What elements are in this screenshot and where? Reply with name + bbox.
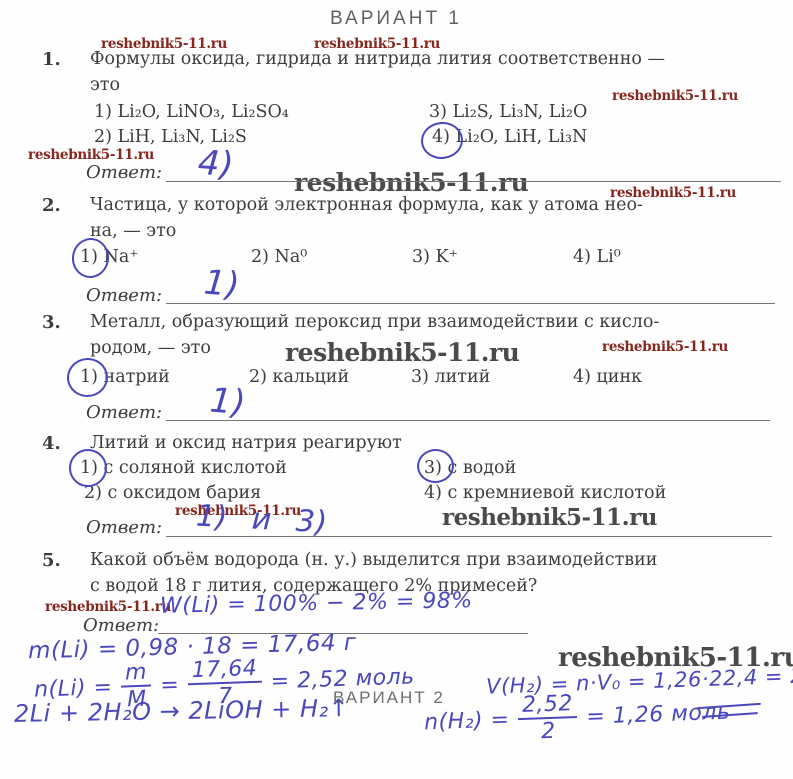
watermark: reshebnik5-11.ru: [285, 338, 519, 367]
question-4-text-line-1: Литий и оксид натрия реагируют: [90, 433, 402, 454]
work-h2-prefix: n(H₂) =: [424, 707, 510, 735]
watermark: reshebnik5-11.ru: [612, 88, 738, 104]
watermark: reshebnik5-11.ru: [294, 168, 528, 197]
question-4-answer-label: Ответ:: [86, 517, 162, 539]
question-4-option-4: 4) с кремниевой кислотой: [424, 483, 666, 504]
watermark: reshebnik5-11.ru: [28, 147, 154, 163]
question-2-number: 2.: [42, 195, 61, 217]
question-1-number: 1.: [42, 49, 61, 71]
question-3-answer-label: Ответ:: [86, 402, 162, 424]
question-5-answer-label: Ответ:: [83, 615, 159, 637]
question-2-answer-line: [166, 303, 775, 304]
work-purity: W(Li) = 100% − 2% = 98%: [160, 588, 473, 618]
question-1-answer-label: Ответ:: [86, 162, 162, 184]
option-circle-mark: [69, 236, 111, 281]
question-1-text-line-1: Формулы оксида, гидрида и нитрида лития …: [90, 49, 665, 70]
work-h2-moles: n(H₂) = 2,52 2 = 1,26 моль: [423, 687, 731, 748]
question-5-text-line-1: Какой объём водорода (н. у.) выделится п…: [90, 550, 657, 571]
question-2-option-2: 2) Na⁰: [251, 247, 307, 268]
question-4-handwritten-answer: 1) и 3): [195, 499, 328, 541]
watermark: reshebnik5-11.ru: [442, 504, 657, 531]
question-1-text-line-2: это: [90, 75, 120, 96]
work-h2-result: = 1,26 моль: [586, 699, 731, 729]
question-3-option-3: 3) литий: [411, 367, 490, 388]
question-3-text-line-1: Металл, образующий пероксид при взаимоде…: [90, 312, 659, 333]
variant-title: ВАРИАНТ 1: [330, 8, 462, 30]
question-3-number: 3.: [42, 312, 61, 334]
question-4-option-1: 1) с соляной кислотой: [80, 458, 287, 479]
question-3-answer-line: [166, 420, 770, 421]
fraction-denominator: 2: [518, 718, 578, 744]
question-5-number: 5.: [42, 550, 61, 572]
question-2-option-4: 4) Li⁰: [573, 247, 621, 268]
fraction-numerator: 17,64: [187, 657, 261, 686]
fraction-numerator: m: [121, 661, 152, 688]
question-2-option-3: 3) K⁺: [412, 247, 458, 268]
question-1-answer-line: [166, 181, 781, 182]
worksheet-page: ВАРИАНТ 1 reshebnik5-11.ru reshebnik5-11…: [0, 0, 793, 779]
watermark: reshebnik5-11.ru: [45, 599, 171, 615]
equals-sign: =: [160, 672, 180, 698]
question-2-answer-label: Ответ:: [86, 285, 162, 307]
question-3-option-4: 4) цинк: [573, 367, 642, 388]
question-1-option-1: 1) Li₂O, LiNO₃, Li₂SO₄: [94, 102, 289, 123]
question-3-text-line-2: родом, — это: [90, 338, 211, 359]
question-1-handwritten-answer: 4): [197, 143, 236, 185]
work-reaction-equation: 2Li + 2H₂O → 2LiOH + H₂↑: [14, 694, 350, 728]
watermark: reshebnik5-11.ru: [602, 339, 728, 355]
option-circle-mark: [65, 356, 109, 398]
question-2-handwritten-answer: 1): [202, 263, 241, 306]
question-4-number: 4.: [42, 433, 61, 455]
question-3-handwritten-answer: 1): [208, 381, 247, 424]
question-2-text-line-1: Частица, у которой электронная формула, …: [90, 195, 643, 216]
question-3-option-2: 2) кальций: [249, 367, 349, 388]
question-1-option-3: 3) Li₂S, Li₃N, Li₂O: [429, 102, 587, 123]
fraction-2-52-over-2: 2,52 2: [518, 692, 579, 744]
question-2-text-line-2: на, — это: [90, 221, 176, 242]
